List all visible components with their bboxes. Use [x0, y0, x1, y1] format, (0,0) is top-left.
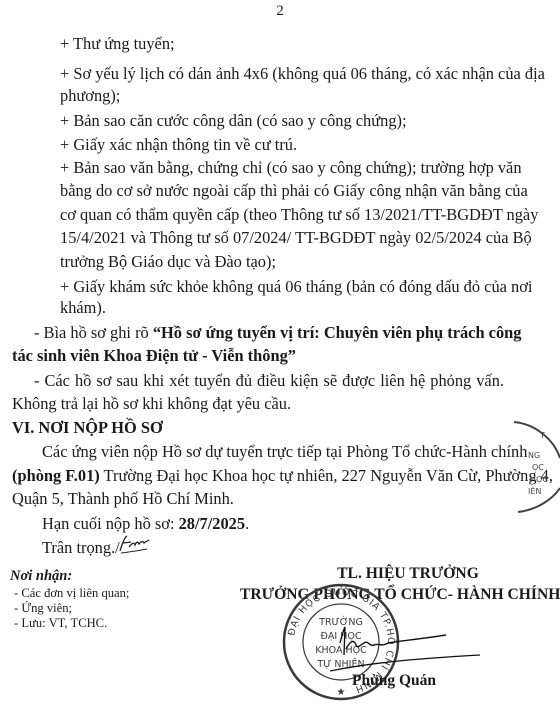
cover-note-position-cont: tác sinh viên Khoa Điện tử - Viễn thông”: [12, 346, 296, 366]
deadline-value: 28/7/2025: [179, 514, 245, 533]
list-item-cv: + Sơ yếu lý lịch có dán ảnh 4x6 (không q…: [60, 64, 504, 84]
director-signature: [330, 625, 480, 675]
recipient-item: - Ứng viên;: [14, 601, 72, 616]
recipient-item: - Lưu: VT, TCHC.: [14, 616, 107, 631]
deadline: Hạn cuối nộp hồ sơ: 28/7/2025.: [42, 514, 249, 534]
signer-name: Phùng Quán: [352, 672, 436, 690]
recipients-title: Nơi nhận:: [10, 566, 72, 586]
svg-text:NG: NG: [528, 451, 540, 460]
list-item-health: + Giấy khám sức khỏe không quá 06 tháng …: [60, 277, 504, 297]
signature-title-1: TL. HIỆU TRƯỞNG: [258, 565, 558, 583]
list-item-id-card: + Bản sao căn cước công dân (có sao y cô…: [60, 111, 407, 131]
list-item-health-cont: khám).: [60, 298, 106, 318]
address-text: Trường Đại học Khoa học tự nhiên, 227 Ng…: [100, 466, 553, 485]
list-item-diploma-cont-4: trưởng Bộ Giáo dục và Đào tạo);: [60, 252, 276, 272]
initials-signature: [117, 533, 151, 555]
list-item-diploma: + Bản sao văn bằng, chứng chỉ (có sao y …: [60, 158, 504, 178]
partial-stamp: T NG ỌC HỌC IÊN: [506, 418, 560, 518]
document-page: 2 + Thư ứng tuyển; + Sơ yếu lý lịch có d…: [0, 0, 560, 704]
list-item-cv-cont: phương);: [60, 86, 120, 106]
svg-text:ỌC: ỌC: [532, 463, 544, 472]
deadline-label: Hạn cuối nộp hồ sơ:: [42, 514, 179, 533]
svg-text:T: T: [539, 431, 545, 440]
interview-note: - Các hồ sơ sau khi xét tuyển đủ điều ki…: [34, 371, 504, 391]
submission-paragraph: Các ứng viên nộp Hồ sơ dự tuyển trực tiế…: [42, 442, 503, 462]
list-item-residence: + Giấy xác nhận thông tin về cư trú.: [60, 135, 297, 155]
list-item-letter: + Thư ứng tuyển;: [60, 34, 175, 54]
list-item-diploma-cont-3: 15/4/2021 và Thông tư số 07/2024/ TT-BGD…: [60, 228, 504, 248]
submission-paragraph-cont: (phòng F.01) Trường Đại học Khoa học tự …: [12, 466, 501, 486]
cover-note-position: “Hồ sơ ứng tuyển vị trí: Chuyên viên phụ…: [153, 323, 522, 342]
interview-note-cont: Không trả lại hồ sơ khi không đạt yêu cầ…: [12, 394, 291, 414]
page-number: 2: [0, 3, 560, 20]
room-number: (phòng F.01): [12, 466, 100, 485]
deadline-suffix: .: [245, 514, 249, 533]
cover-note: - Bìa hồ sơ ghi rõ “Hồ sơ ứng tuyển vị t…: [34, 323, 504, 343]
list-item-diploma-cont-1: bằng do cơ sở nước ngoài cấp thì phải có…: [60, 181, 504, 201]
section-heading: VI. NƠI NỘP HỒ SƠ: [12, 418, 163, 438]
recipient-item: - Các đơn vị liên quan;: [14, 586, 129, 601]
list-item-diploma-cont-2: cơ quan có thẩm quyền cấp (theo Thông tư…: [60, 205, 504, 225]
closing: Trân trọng./: [42, 538, 120, 558]
svg-text:HỌC: HỌC: [530, 475, 548, 484]
address-city: Quận 5, Thành phố Hồ Chí Minh.: [12, 489, 234, 509]
svg-text:★: ★: [337, 687, 346, 698]
svg-text:IÊN: IÊN: [528, 485, 541, 496]
cover-note-prefix: - Bìa hồ sơ ghi rõ: [34, 323, 153, 342]
